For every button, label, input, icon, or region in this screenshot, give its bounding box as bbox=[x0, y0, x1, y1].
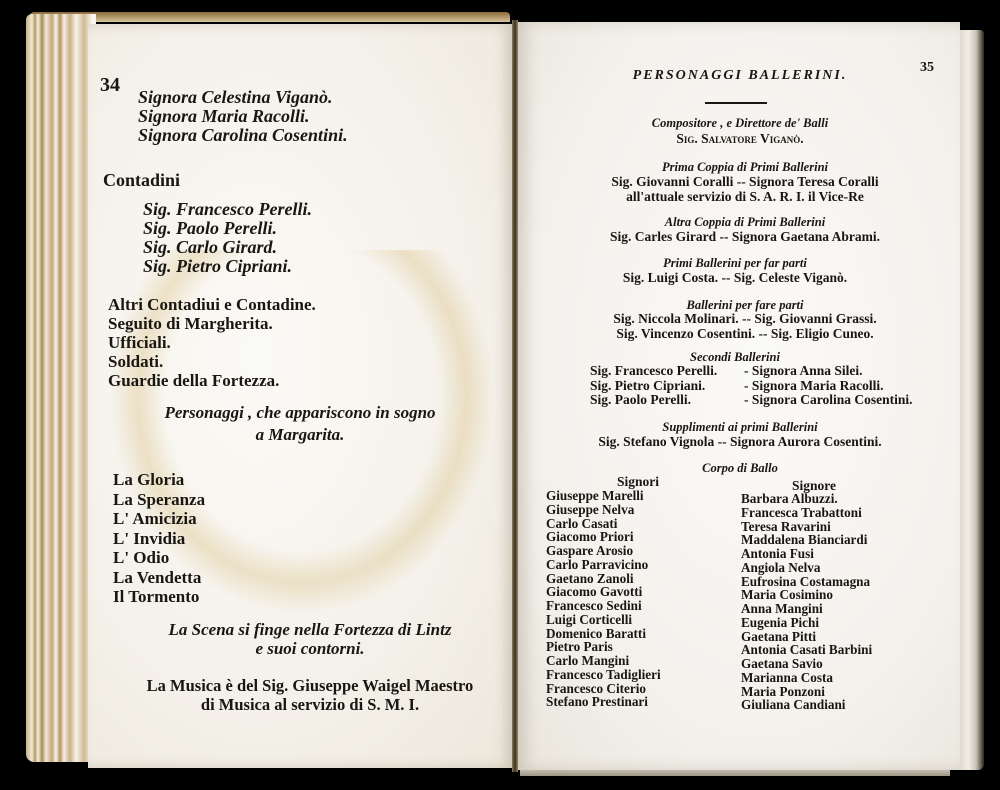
section-ballerini-fare-parti: Ballerini per fare parti Sig. Niccola Mo… bbox=[570, 298, 920, 341]
right-page-edge bbox=[958, 30, 984, 770]
page-edges-top bbox=[30, 12, 510, 22]
section-altra-coppia: Altra Coppia di Primi Ballerini Sig. Car… bbox=[570, 215, 920, 244]
character: La Vendetta bbox=[113, 568, 205, 588]
music-note: La Musica è del Sig. Giuseppe Waigel Mae… bbox=[110, 676, 510, 714]
scene-note: La Scena si finge nella Fortezza di Lint… bbox=[110, 620, 510, 658]
open-book: 34 Signora Celestina Viganò. Signora Mar… bbox=[0, 0, 1000, 790]
dancer-name: Stefano Prestinari bbox=[546, 695, 661, 709]
character: La Gloria bbox=[113, 470, 205, 490]
dancer-name: Antonia Fusi bbox=[741, 547, 872, 561]
dancer-name: Giuseppe Marelli bbox=[546, 489, 661, 503]
dancer-name: Antonia Casati Barbini bbox=[741, 643, 872, 657]
role-line: Soldati. bbox=[108, 352, 316, 371]
role-line: Guardie della Fortezza. bbox=[108, 371, 316, 390]
dancer-name: Maria Ponzoni bbox=[741, 685, 872, 699]
cast-name: Signora Carolina Cosentini. bbox=[138, 126, 348, 145]
dancer-name: Barbara Albuzzi. bbox=[741, 492, 872, 506]
book-gutter bbox=[512, 20, 518, 772]
dancer-name: Eugenia Pichi bbox=[741, 616, 872, 630]
dancer-name: Giacomo Priori bbox=[546, 530, 661, 544]
corpo-di-ballo-heading: Corpo di Ballo bbox=[640, 461, 840, 476]
secondi-men: Sig. Francesco Perelli. Sig. Pietro Cipr… bbox=[590, 364, 717, 408]
role-line: Ufficiali. bbox=[108, 333, 316, 352]
secondi-heading: Secondi Ballerini bbox=[570, 350, 900, 364]
page-title: PERSONAGGI BALLERINI. bbox=[560, 68, 920, 84]
dancer-name: Eufrosina Costamagna bbox=[741, 575, 872, 589]
contadini-heading: Contadini bbox=[103, 170, 180, 191]
dancer-name: Carlo Casati bbox=[546, 517, 661, 531]
dancer-name: Angiola Nelva bbox=[741, 561, 872, 575]
left-page-edges bbox=[26, 14, 96, 762]
dancer-name: Francesco Sedini bbox=[546, 599, 661, 613]
page-number-right: 35 bbox=[920, 60, 934, 76]
cast-name: Signora Maria Racolli. bbox=[138, 107, 348, 126]
title-rule bbox=[705, 102, 767, 104]
page-number-left: 34 bbox=[100, 74, 120, 97]
dancer-name: Carlo Parravicino bbox=[546, 558, 661, 572]
composer-name: Sig. Salvatore Viganò. bbox=[560, 131, 920, 146]
character: L' Odio bbox=[113, 548, 205, 568]
cast-name: Sig. Paolo Perelli. bbox=[143, 219, 312, 238]
role-line: Altri Contadiui e Contadine. bbox=[108, 295, 316, 314]
character: L' Amicizia bbox=[113, 509, 205, 529]
dancer-name: Gaetano Zanoli bbox=[546, 572, 661, 586]
composer-heading: Compositore , e Direttore de' Balli bbox=[560, 116, 920, 131]
dancer-name: Maddalena Bianciardi bbox=[741, 533, 872, 547]
dancer-name: Giuseppe Nelva bbox=[546, 503, 661, 517]
dancer-name: Domenico Baratti bbox=[546, 627, 661, 641]
cast-name: Signora Celestina Viganò. bbox=[138, 88, 348, 107]
opening-names: Signora Celestina Viganò. Signora Maria … bbox=[138, 88, 348, 145]
character: L' Invidia bbox=[113, 529, 205, 549]
other-roles: Altri Contadiui e Contadine. Seguito di … bbox=[108, 295, 316, 390]
dancer-name: Francesca Trabattoni bbox=[741, 506, 872, 520]
dancer-name: Anna Mangini bbox=[741, 602, 872, 616]
contadini-list: Sig. Francesco Perelli. Sig. Paolo Perel… bbox=[143, 200, 312, 276]
dancer-name: Giuliana Candiani bbox=[741, 698, 872, 712]
signore-list: Barbara Albuzzi. Francesca Trabattoni Te… bbox=[741, 492, 872, 712]
dancer-name: Carlo Mangini bbox=[546, 654, 661, 668]
composer-block: Compositore , e Direttore de' Balli Sig.… bbox=[560, 116, 920, 146]
section-primi-far-parti: Primi Ballerini per far parti Sig. Luigi… bbox=[560, 256, 910, 285]
dream-characters: La Gloria La Speranza L' Amicizia L' Inv… bbox=[113, 470, 205, 607]
section-supplimenti: Supplimenti ai primi Ballerini Sig. Stef… bbox=[570, 420, 910, 449]
dancer-name: Francesco Tadiglieri bbox=[546, 668, 661, 682]
dancer-name: Marianna Costa bbox=[741, 671, 872, 685]
signori-list: Giuseppe Marelli Giuseppe Nelva Carlo Ca… bbox=[546, 489, 661, 709]
character: La Speranza bbox=[113, 490, 205, 510]
dream-heading: Personaggi , che appariscono in sogno a … bbox=[120, 402, 480, 446]
dancer-name: Pietro Paris bbox=[546, 640, 661, 654]
dancer-name: Maria Cosimino bbox=[741, 588, 872, 602]
character: Il Tormento bbox=[113, 587, 205, 607]
secondi-women: - Signora Anna Silei. - Signora Maria Ra… bbox=[744, 364, 913, 408]
dancer-name: Gaetana Savio bbox=[741, 657, 872, 671]
cast-name: Sig. Carlo Girard. bbox=[143, 238, 312, 257]
cast-name: Sig. Francesco Perelli. bbox=[143, 200, 312, 219]
dancer-name: Gaetana Pitti bbox=[741, 630, 872, 644]
cast-name: Sig. Pietro Cipriani. bbox=[143, 257, 312, 276]
dancer-name: Gaspare Arosio bbox=[546, 544, 661, 558]
role-line: Seguito di Margherita. bbox=[108, 314, 316, 333]
dancer-name: Francesco Citerio bbox=[546, 682, 661, 696]
dancer-name: Teresa Ravarini bbox=[741, 520, 872, 534]
dancer-name: Giacomo Gavotti bbox=[546, 585, 661, 599]
section-prima-coppia: Prima Coppia di Primi Ballerini Sig. Gio… bbox=[570, 160, 920, 204]
dancer-name: Luigi Corticelli bbox=[546, 613, 661, 627]
